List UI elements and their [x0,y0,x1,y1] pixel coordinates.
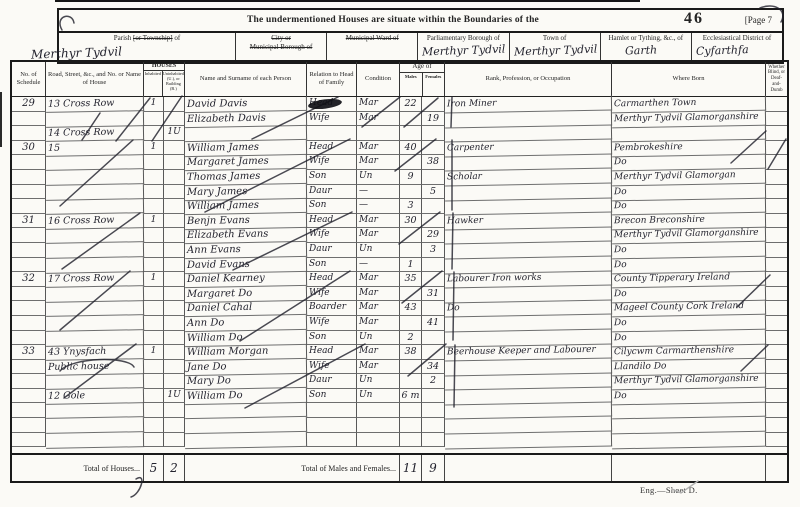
cell-address [46,417,144,433]
cell-age-m: 2 [400,331,422,346]
cell-blind [766,316,787,331]
cell-age-m [400,126,422,141]
cell-name: Ann Evans [185,242,307,259]
cell-relation: Head [307,97,357,112]
cell-schedule [12,433,46,448]
cell-blind [766,185,787,200]
col-header-name: Name and Surname of each Person [185,62,307,96]
cell-condition: Mar [357,345,400,360]
cell-blind [766,228,787,243]
col-header-schedule: No. of Schedule [12,62,46,96]
totals-empty-occupation [445,455,612,481]
cell-address [46,300,144,316]
parish-label-post: of [173,34,181,42]
col-header-inhabited: Inhabited [144,71,163,96]
cell-uninhabited [164,258,185,273]
cell-age-m [400,418,422,433]
total-persons-label: Total of Males and Females... [185,455,400,481]
cell-uninhabited [164,403,185,418]
census-table: No. of Schedule Road, Street, &c., and N… [10,60,789,483]
total-houses-inhabited: 5 [144,455,164,481]
cell-uninhabited: 1U [164,126,185,141]
cell-condition: Un [357,374,400,389]
cell-inhabited: 1 [144,272,164,287]
cell-relation: Son [307,199,357,214]
cell-blind [766,418,787,433]
cell-relation: Son [307,389,357,404]
cell-address [46,155,144,171]
cell-address [46,373,144,389]
parliamentary-borough-label: Parliamentary Borough of [418,33,508,43]
cell-age-f [422,403,445,418]
imprint-footer: Eng.—Sheet D. [640,485,698,495]
cell-relation: Daur [307,185,357,200]
cell-age-m [400,360,422,375]
cell-address: 17 Cross Row [46,271,144,287]
cell-blind [766,360,787,375]
cell-inhabited: 1 [144,141,164,156]
cell-uninhabited [164,112,185,127]
cell-inhabited [144,360,164,375]
totals-empty-born [612,455,766,481]
houses-group-title: HOUSES [144,62,184,71]
cell-blind [766,301,787,316]
col-header-blind: Whether Blind, or Deaf-and-Dumb [766,62,787,96]
cell-age-m [400,155,422,170]
cell-relation [307,126,357,141]
cell-condition [357,403,400,418]
cell-relation: Head [307,272,357,287]
field-ecclesiastical-district: Ecclesiastical District of Cyfarthfa [691,33,782,62]
cell-name: Ann Do [185,315,307,332]
cell-age-f [422,433,445,448]
cell-relation: Daur [307,374,357,389]
ecclesiastical-district-value: Cyfarthfa [696,43,749,58]
cell-condition: Mar [357,301,400,316]
cell-age-f [422,331,445,346]
col-header-born: Where Born [612,62,766,96]
cell-name: Thomas James [185,169,307,186]
cell-inhabited [144,112,164,127]
cell-condition [357,433,400,448]
cell-condition: Un [357,331,400,346]
cell-age-m: 1 [400,258,422,273]
town-label: Town of [510,33,600,43]
folio-number: 46 [684,10,704,28]
field-parish-value: Merthyr Tydvil [31,44,122,61]
cell-age-m [400,316,422,331]
cell-condition: Mar [357,228,400,243]
cell-age-f: 41 [422,316,445,331]
cell-uninhabited [164,199,185,214]
cell-condition: Mar [357,214,400,229]
cell-blind [766,403,787,418]
cell-schedule [12,301,46,316]
cell-age-m [400,185,422,200]
city-label-line1: City or [271,34,291,42]
total-males: 11 [400,455,422,481]
cell-age-m [400,287,422,302]
cell-inhabited [144,301,164,316]
cell-schedule: 33 [12,345,46,360]
cell-relation: Wife [307,228,357,243]
cell-schedule [12,316,46,331]
cell-blind [766,155,787,170]
col-header-uninhabited: Uninhabited (U.), or Building (B.) [163,71,184,96]
cell-uninhabited [164,345,185,360]
cell-condition: Un [357,389,400,404]
cell-relation [307,433,357,448]
town-value: Merthyr Tydvil [513,43,597,59]
cell-address [46,315,144,331]
cell-inhabited [144,258,164,273]
cell-address [46,242,144,258]
table-header-row: No. of Schedule Road, Street, &c., and N… [12,62,787,97]
cell-inhabited: 1 [144,345,164,360]
cell-address: 13 Cross Row [46,96,144,112]
form-heading-band: The undermentioned Houses are situate wi… [57,8,784,33]
cell-schedule [12,199,46,214]
cell-uninhabited [164,418,185,433]
cell-relation [307,403,357,418]
ecclesiastical-district-label: Ecclesiastical District of [692,33,782,43]
cell-age-f [422,97,445,112]
cell-schedule [12,360,46,375]
cell-condition: — [357,185,400,200]
cell-age-f: 31 [422,287,445,302]
cell-address [46,169,144,185]
cell-uninhabited [164,228,185,243]
cell-schedule [12,170,46,185]
totals-row: Total of Houses... 5 2 Total of Males an… [12,453,787,481]
cell-condition: Mar [357,97,400,112]
cell-condition [357,126,400,141]
cell-occupation [445,431,612,449]
cell-blind [766,199,787,214]
cell-condition: Mar [357,360,400,375]
cell-age-f [422,301,445,316]
cell-blind [766,272,787,287]
total-houses-uninhabited: 2 [164,455,185,481]
cell-name: William Morgan [185,344,307,361]
field-parish: Parish [or Township] of Merthyr Tydvil [59,33,235,62]
cell-inhabited [144,185,164,200]
cell-age-m [400,433,422,448]
table-body: 2913 Cross Row1David DavisHeadMar22Iron … [12,97,787,447]
col-header-occupation: Rank, Profession, or Occupation [445,62,612,96]
cell-age-f [422,199,445,214]
cell-schedule [12,374,46,389]
cell-blind [766,97,787,112]
cell-age-f [422,258,445,273]
cell-blind [766,287,787,302]
col-header-age-group: Age of Males Females [400,62,445,96]
cell-age-m: 38 [400,345,422,360]
cell-relation: Wife [307,316,357,331]
cell-inhabited [144,243,164,258]
cell-condition: Mar [357,141,400,156]
cell-age-m: 43 [400,301,422,316]
cell-condition: Mar [357,112,400,127]
ward-label: Municipal Ward of [346,34,399,42]
cell-relation: Head [307,141,357,156]
cell-uninhabited [164,141,185,156]
cell-schedule: 31 [12,214,46,229]
cell-age-f [422,141,445,156]
cell-inhabited [144,418,164,433]
totals-empty-blind [766,455,787,481]
cell-born [612,431,766,448]
cell-condition: Un [357,243,400,258]
cell-uninhabited [164,185,185,200]
cell-inhabited [144,403,164,418]
cell-name [185,417,307,434]
parish-label-struck: [or Township] [133,34,173,42]
cell-schedule [12,403,46,418]
census-sheet-scan: The undermentioned Houses are situate wi… [0,0,800,507]
cell-blind [766,345,787,360]
cell-blind [766,141,787,156]
cell-age-m: 9 [400,170,422,185]
cell-relation: Head [307,345,357,360]
cell-schedule [12,418,46,433]
cell-inhabited [144,287,164,302]
cell-age-m: 35 [400,272,422,287]
cell-inhabited: 1 [144,97,164,112]
cell-uninhabited [164,243,185,258]
cell-name [185,432,307,449]
field-parish-label: Parish [or Township] of [59,33,235,43]
cell-schedule: 29 [12,97,46,112]
cell-blind [766,126,787,141]
cell-schedule [12,155,46,170]
col-header-condition: Condition [357,62,400,96]
cell-age-m [400,403,422,418]
cell-uninhabited [164,301,185,316]
cell-inhabited [144,170,164,185]
scan-edge-artifact [55,0,640,2]
cell-age-f: 29 [422,228,445,243]
scan-edge-artifact [0,92,2,147]
field-hamlet: Hamlet or Tything, &c., of Garth [600,33,691,62]
cell-uninhabited: 1U [164,389,185,404]
cell-uninhabited [164,331,185,346]
cell-blind [766,170,787,185]
cell-age-f [422,389,445,404]
cell-address: 43 Ynysfach [46,344,144,360]
cell-age-m: 30 [400,214,422,229]
cell-blind [766,331,787,346]
cell-uninhabited [164,214,185,229]
cell-blind [766,243,787,258]
cell-uninhabited [164,287,185,302]
cell-relation: Wife [307,112,357,127]
cell-uninhabited [164,272,185,287]
cell-relation: Boarder [307,301,357,316]
cell-schedule [12,389,46,404]
cell-relation: Wife [307,287,357,302]
cell-address [46,432,144,448]
cell-blind [766,389,787,404]
cell-schedule [12,331,46,346]
cell-condition: Mar [357,316,400,331]
cell-address [46,227,144,243]
cell-age-m: 22 [400,97,422,112]
hamlet-value: Garth [624,43,657,57]
cell-relation: Head [307,214,357,229]
cell-age-f: 5 [422,185,445,200]
hamlet-label: Hamlet or Tything, &c., of [601,33,691,43]
cell-relation: Wife [307,155,357,170]
col-header-road: Road, Street, &c., and No. or Name of Ho… [46,62,144,96]
cell-blind [766,258,787,273]
cell-age-f: 34 [422,360,445,375]
cell-age-f [422,418,445,433]
cell-uninhabited [164,374,185,389]
cell-relation: Son [307,258,357,273]
page-label: [Page 7 [745,15,772,25]
cell-blind [766,112,787,127]
city-label-line2: Municipal Borough of [250,43,313,51]
cell-age-f [422,345,445,360]
cell-inhabited [144,331,164,346]
cell-blind [766,433,787,448]
cell-inhabited [144,228,164,243]
col-header-females: Females [423,73,445,96]
cell-relation: Daur [307,243,357,258]
cell-uninhabited [164,316,185,331]
cell-inhabited [144,433,164,448]
cell-age-f: 2 [422,374,445,389]
cell-uninhabited [164,433,185,448]
col-header-houses-group: HOUSES Inhabited Uninhabited (U.), or Bu… [144,62,185,96]
cell-age-f [422,126,445,141]
cell-inhabited: 1 [144,214,164,229]
col-header-relation: Relation to Head of Family [307,62,357,96]
field-municipal-ward: Municipal Ward of [326,33,417,62]
cell-schedule [12,112,46,127]
cell-address: 14 Cross Row [46,125,144,141]
cell-uninhabited [164,170,185,185]
cell-age-m [400,374,422,389]
cell-age-m [400,112,422,127]
cell-age-m [400,243,422,258]
cell-address [46,198,144,214]
cell-schedule: 30 [12,141,46,156]
cell-relation: Son [307,331,357,346]
cell-age-m [400,228,422,243]
cell-schedule [12,287,46,302]
cell-inhabited [144,126,164,141]
cell-schedule [12,126,46,141]
cell-uninhabited [164,97,185,112]
cell-condition: Mar [357,272,400,287]
cell-inhabited [144,389,164,404]
cell-age-m: 6 m [400,389,422,404]
col-header-males: Males [400,73,423,96]
cell-schedule [12,258,46,273]
cell-schedule [12,185,46,200]
cell-uninhabited [164,155,185,170]
cell-condition: Mar [357,155,400,170]
cell-inhabited [144,155,164,170]
cell-age-f: 3 [422,243,445,258]
field-city-borough: City or Municipal Borough of [235,33,326,62]
cell-age-f: 19 [422,112,445,127]
cell-inhabited [144,199,164,214]
form-heading: The undermentioned Houses are situate wi… [247,15,539,25]
cell-condition: Mar [357,287,400,302]
cell-uninhabited [164,360,185,375]
field-parliamentary-borough: Parliamentary Borough of Merthyr Tydvil [417,33,508,62]
cell-condition: Un [357,170,400,185]
cell-inhabited [144,316,164,331]
field-town: Town of Merthyr Tydvil [509,33,600,62]
cell-age-m: 3 [400,199,422,214]
cell-age-f [422,272,445,287]
cell-condition: — [357,258,400,273]
cell-relation [307,418,357,433]
age-group-title: Age of [400,62,444,73]
cell-blind [766,374,787,389]
total-females: 9 [422,455,445,481]
cell-condition [357,418,400,433]
cell-relation: Wife [307,360,357,375]
cell-relation: Son [307,170,357,185]
cell-age-f [422,214,445,229]
cell-inhabited [144,374,164,389]
cell-condition: — [357,199,400,214]
cell-name: David Davis [185,96,307,113]
total-houses-label: Total of Houses... [12,455,144,481]
cell-schedule [12,243,46,258]
cell-age-f [422,170,445,185]
cell-age-f: 38 [422,155,445,170]
parish-label-pre: Parish [114,34,133,42]
cell-schedule [12,228,46,243]
cell-age-m: 40 [400,141,422,156]
cell-schedule: 32 [12,272,46,287]
cell-blind [766,214,787,229]
parliamentary-borough-value: Merthyr Tydvil [422,43,506,59]
